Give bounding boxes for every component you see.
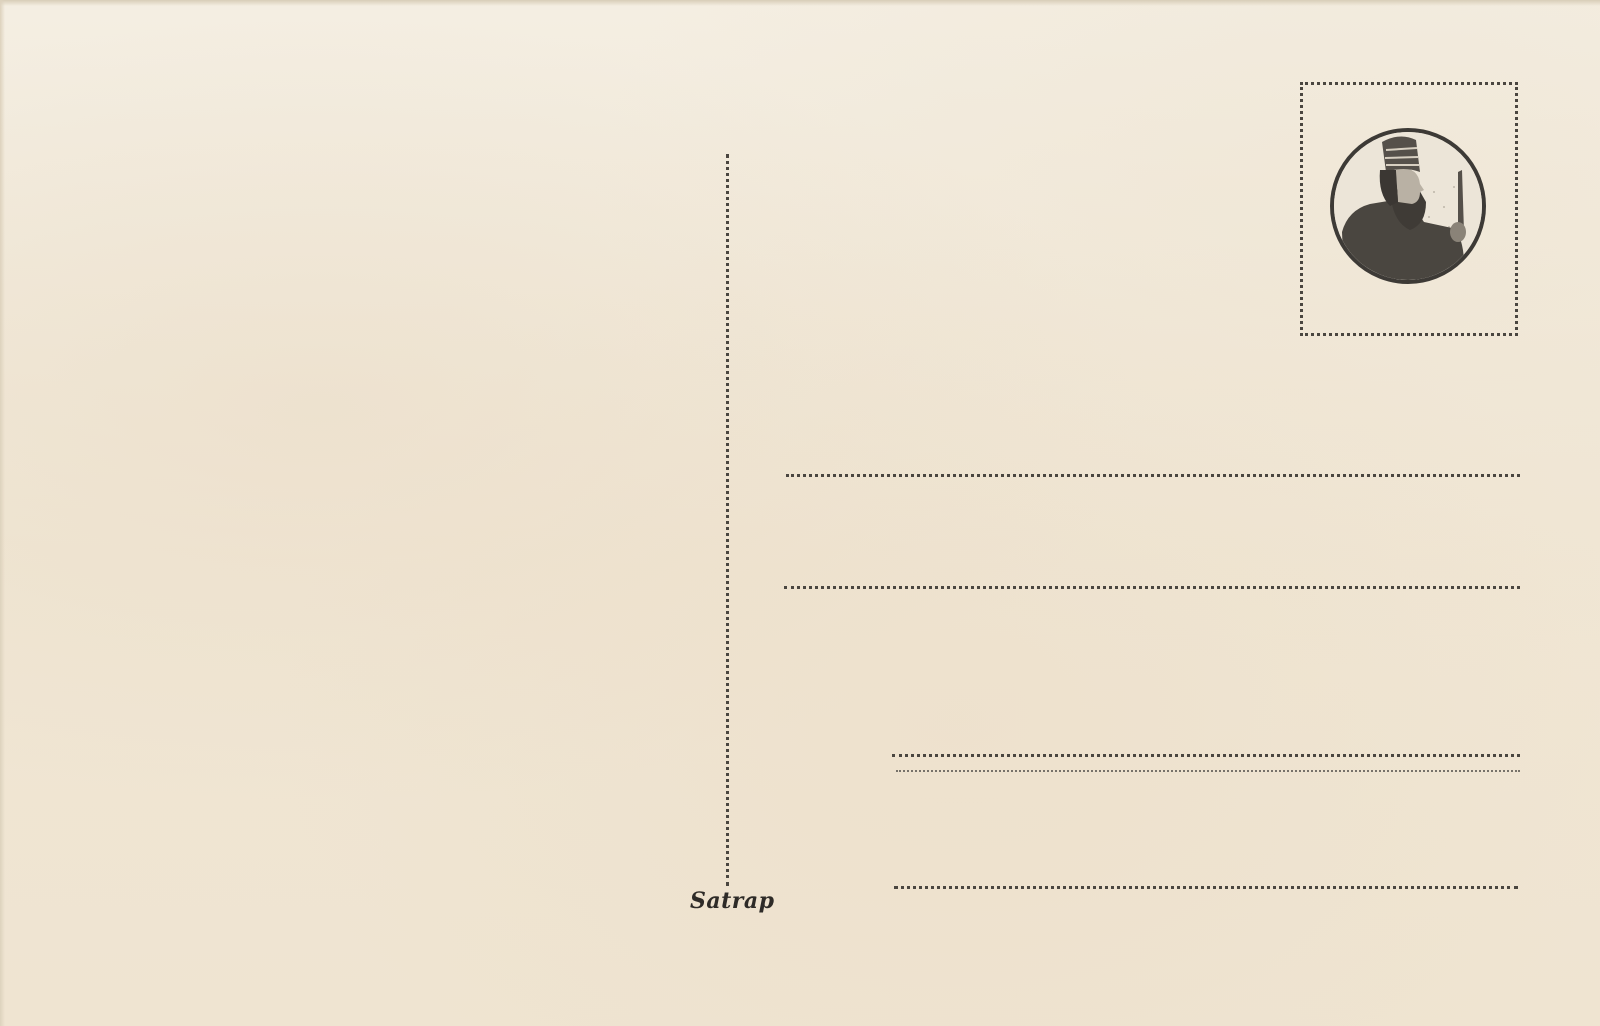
address-line-4	[896, 770, 1520, 772]
publisher-mark: Satrap	[690, 888, 775, 914]
address-line-1	[786, 474, 1520, 477]
portrait-medallion-icon	[1330, 128, 1486, 284]
address-line-3	[892, 754, 1520, 757]
card-top-edge	[0, 0, 1600, 6]
address-line-5	[894, 886, 1518, 889]
card-left-edge	[0, 0, 5, 1026]
postcard-back: Satrap	[0, 0, 1600, 1026]
center-divider-line	[726, 154, 729, 886]
address-line-2	[784, 586, 1520, 589]
